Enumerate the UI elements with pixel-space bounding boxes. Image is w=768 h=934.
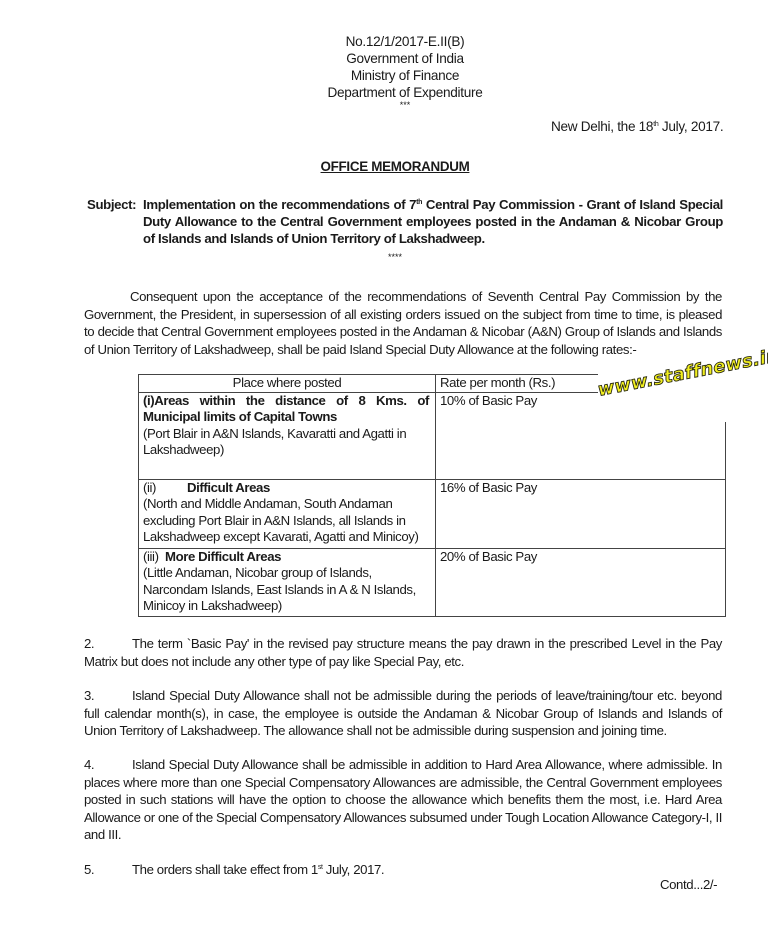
- memo-title: OFFICE MEMORANDUM: [0, 159, 768, 174]
- date-rest: July, 2017.: [658, 119, 723, 134]
- place-detail: (Port Blair in A&N Islands, Kavaratti an…: [143, 426, 431, 459]
- paragraph-2: 2.The term `Basic Pay' in the revised pa…: [84, 635, 722, 670]
- government-name: Government of India: [250, 50, 560, 67]
- table-row: (iii)More Difficult Areas (Little Andama…: [139, 548, 726, 616]
- place-number: (iii): [143, 549, 165, 566]
- paragraph-3-text: Island Special Duty Allowance shall not …: [84, 688, 722, 738]
- paragraph-number: 4.: [84, 756, 132, 774]
- place-heading: (iii)More Difficult Areas: [143, 549, 431, 566]
- place-heading: (ii)Difficult Areas: [143, 480, 431, 497]
- paragraph-4: 4.Island Special Duty Allowance shall be…: [84, 756, 722, 844]
- paragraph-number: 2.: [84, 635, 132, 653]
- ministry-name: Ministry of Finance: [250, 67, 560, 84]
- place-cell: (iii)More Difficult Areas (Little Andama…: [139, 548, 436, 616]
- continuation-note: Contd...2/-: [660, 877, 717, 892]
- issue-date: New Delhi, the 18th July, 2017.: [551, 119, 723, 134]
- rate-cell: 20% of Basic Pay: [436, 548, 726, 616]
- paragraph-5-text-part1: The orders shall take effect from 1: [132, 862, 318, 877]
- paragraph-number: 3.: [84, 687, 132, 705]
- table-row: (ii)Difficult Areas (North and Middle An…: [139, 479, 726, 548]
- header-separator: ***: [250, 101, 560, 109]
- paragraph-1: Consequent upon the acceptance of the re…: [84, 288, 722, 358]
- paragraph-5: 5.The orders shall take effect from 1st …: [84, 861, 722, 879]
- place-number: (ii): [143, 480, 187, 497]
- paragraph-1-text: Consequent upon the acceptance of the re…: [84, 289, 722, 357]
- rate-cell: 16% of Basic Pay: [436, 479, 726, 548]
- subject-separator: ****: [0, 252, 768, 262]
- subject-text-part1: Implementation on the recommendations of…: [143, 197, 416, 212]
- place-title: More Difficult Areas: [165, 549, 281, 564]
- place-detail: (North and Middle Andaman, South Andaman…: [143, 496, 431, 546]
- paragraph-number: 5.: [84, 861, 132, 879]
- place-title: (i)Areas within the distance of 8 Kms. o…: [143, 393, 431, 426]
- place-cell: (ii)Difficult Areas (North and Middle An…: [139, 479, 436, 548]
- subject-label: Subject:: [87, 196, 136, 213]
- subject-text: Implementation on the recommendations of…: [143, 196, 723, 247]
- paragraph-3: 3.Island Special Duty Allowance shall no…: [84, 687, 722, 740]
- date-prefix: New Delhi, the 18: [551, 119, 653, 134]
- paragraph-2-text: The term `Basic Pay' in the revised pay …: [84, 636, 722, 669]
- place-detail: (Little Andaman, Nicobar group of Island…: [143, 565, 431, 615]
- department-name: Department of Expenditure: [250, 84, 560, 101]
- header-place: Place where posted: [139, 375, 436, 393]
- subject-block: Subject: Implementation on the recommend…: [87, 196, 723, 247]
- paragraph-4-text: Island Special Duty Allowance shall be a…: [84, 757, 722, 842]
- place-title: Difficult Areas: [187, 480, 270, 495]
- place-cell: (i)Areas within the distance of 8 Kms. o…: [139, 392, 436, 479]
- file-number: No.12/1/2017-E.II(B): [250, 33, 560, 50]
- letterhead: No.12/1/2017-E.II(B) Government of India…: [250, 33, 560, 109]
- paragraph-5-text-part2: July, 2017.: [323, 862, 385, 877]
